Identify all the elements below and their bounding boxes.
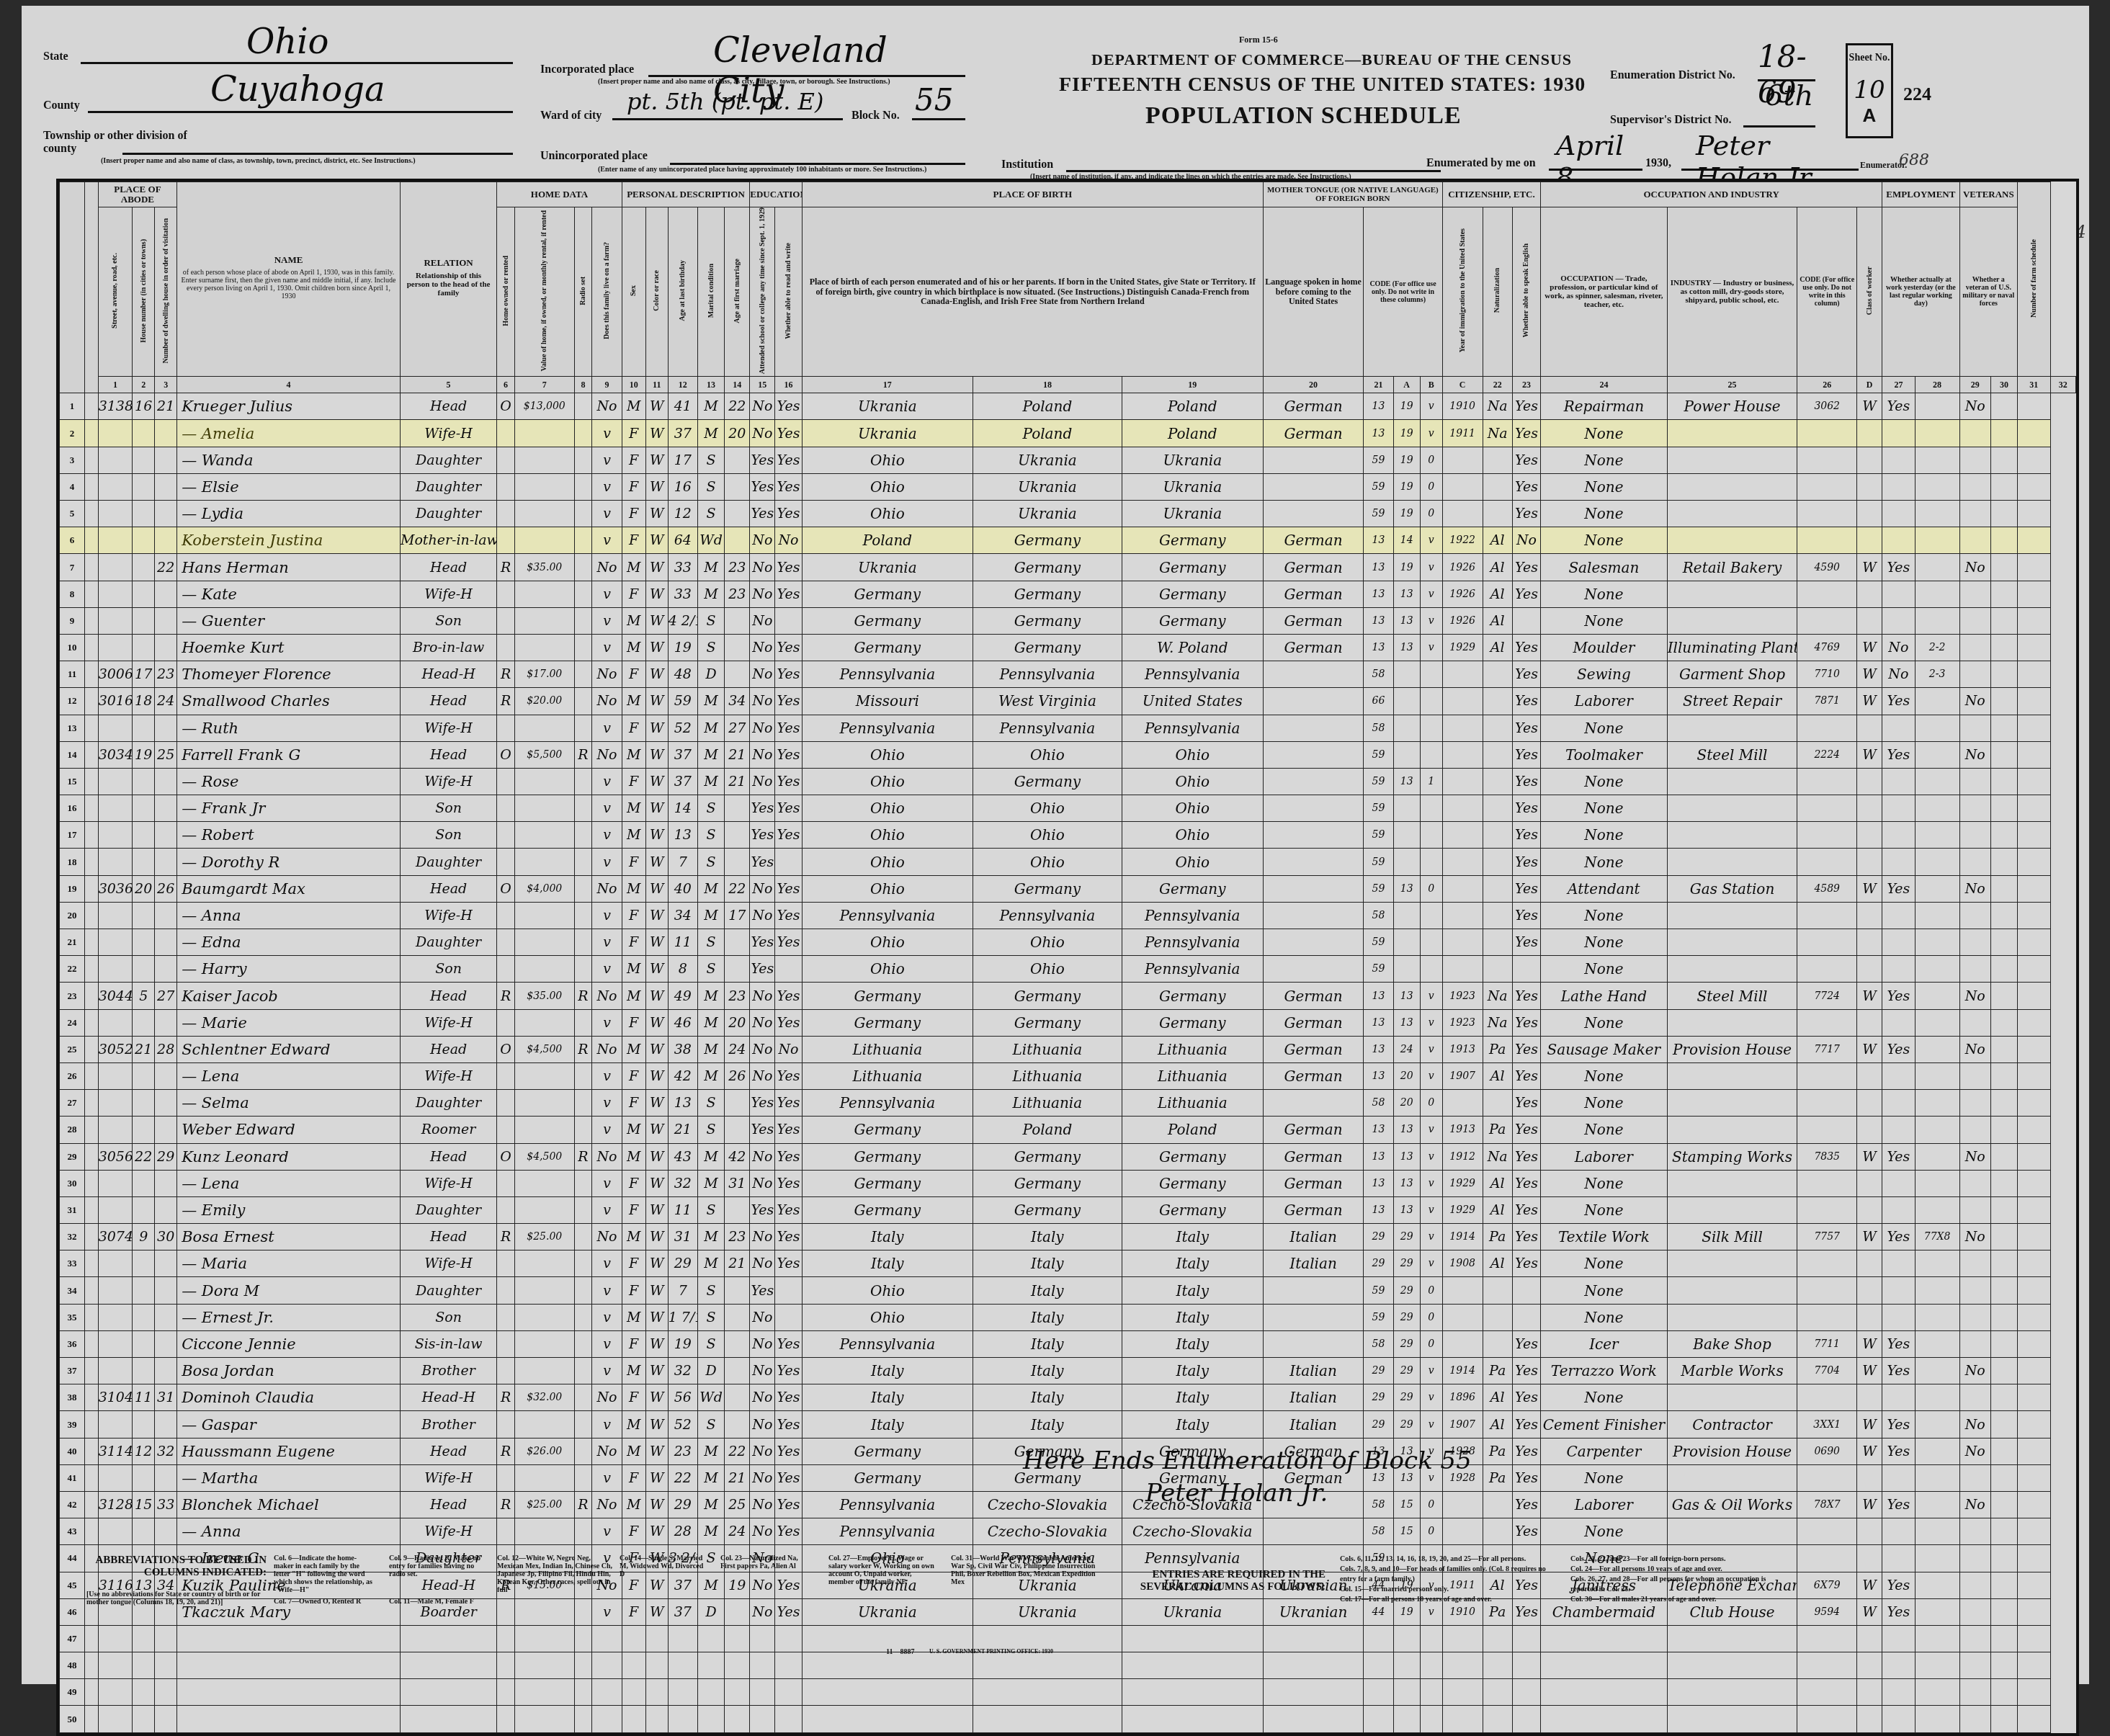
age-cell: 11 <box>668 929 697 956</box>
street-cell <box>85 1438 99 1464</box>
home-value-cell <box>514 473 574 500</box>
family-number-cell: 27 <box>155 983 177 1009</box>
at-work-cell: Yes <box>1882 1143 1915 1170</box>
birthplace-father-cell: Poland <box>973 420 1122 447</box>
age-first-marriage-cell <box>725 1277 750 1304</box>
house-number-cell <box>98 1170 133 1196</box>
sex-cell: F <box>622 1009 645 1036</box>
read-write-cell: Yes <box>775 1009 802 1036</box>
farm-cell: v <box>592 795 622 822</box>
sheet-label: Sheet No. <box>1848 53 1891 64</box>
street-cell <box>85 447 99 473</box>
dwelling-number-cell: 11 <box>133 1384 155 1411</box>
street-cell <box>85 1143 99 1170</box>
code-a-cell: 13 <box>1364 420 1393 447</box>
line-number: 40 <box>60 1438 85 1464</box>
war-cell <box>1990 1491 2017 1518</box>
column-number-A: A <box>1393 377 1420 393</box>
sex-cell: F <box>622 1062 645 1089</box>
owned-rented-cell <box>497 1117 515 1143</box>
veteran-cell <box>1959 527 1990 554</box>
radio-cell <box>574 447 592 473</box>
immigration-year-cell: 1929 <box>1442 1170 1483 1196</box>
sex-cell: F <box>622 447 645 473</box>
birthplace-father-cell: Germany <box>973 581 1122 607</box>
state-label: State <box>43 50 68 63</box>
home-value-cell <box>514 1411 574 1438</box>
abbrev-col12: Col. 12—White W, Negro Neg, Mexican Mex,… <box>497 1554 612 1594</box>
marital-cell: S <box>698 956 725 983</box>
mother-tongue-cell: German <box>1263 1009 1363 1036</box>
industry-cell <box>1667 447 1797 473</box>
farm-cell: No <box>592 554 622 581</box>
school-cell: No <box>750 983 775 1009</box>
enumeration-year: 1930, <box>1645 157 1671 170</box>
naturalization-cell: Al <box>1483 634 1512 661</box>
family-number-cell <box>155 1358 177 1384</box>
veteran-cell <box>1959 902 1990 929</box>
radio-cell: R <box>574 983 592 1009</box>
marital-cell: S <box>698 822 725 849</box>
occupation-cell: Carpenter <box>1541 1438 1668 1464</box>
at-work-cell <box>1882 715 1915 741</box>
house-number-cell: 3074 Rear <box>98 1224 133 1250</box>
sex-cell: M <box>622 795 645 822</box>
line-number: 31 <box>60 1196 85 1223</box>
house-number-cell: 3034 <box>98 741 133 768</box>
birthplace-mother-cell: Italy <box>1122 1304 1263 1330</box>
code-b-cell: 20 <box>1393 1090 1420 1117</box>
immigration-year-cell: 1907 <box>1442 1062 1483 1089</box>
sex-cell: M <box>622 875 645 902</box>
industry-cell <box>1667 1170 1797 1196</box>
mother-tongue-cell <box>1263 473 1363 500</box>
code-a-cell: 58 <box>1364 1491 1393 1518</box>
code-b-cell: 13 <box>1393 1143 1420 1170</box>
table-row: 3831041131Dominoh ClaudiaHead-HR$32.00No… <box>60 1384 2076 1411</box>
naturalization-cell: Al <box>1483 1250 1512 1277</box>
occupation-code-cell: 3062 <box>1797 393 1857 420</box>
unemployment-line-cell <box>1915 1250 1959 1277</box>
person-name-cell: — Ruth <box>177 715 401 741</box>
war-cell <box>1990 1090 2017 1117</box>
at-work-cell <box>1882 1384 1915 1411</box>
class-of-worker-cell <box>1857 822 1882 849</box>
farm-schedule-cell <box>2018 393 2050 420</box>
age-first-marriage-cell: 22 <box>725 1438 750 1464</box>
mother-tongue-cell: Italian <box>1263 1358 1363 1384</box>
read-write-label: Whether able to read and write <box>784 243 792 339</box>
owned-rented-cell <box>497 447 515 473</box>
column-number-1: 1 <box>98 377 133 393</box>
department-title: DEPARTMENT OF COMMERCE—BUREAU OF THE CEN… <box>1091 50 1572 69</box>
dwelling-number-cell <box>133 768 155 795</box>
relation-cell: Son <box>400 795 496 822</box>
house-number-cell <box>98 768 133 795</box>
war-cell <box>1990 1117 2017 1143</box>
marital-cell: S <box>698 1117 725 1143</box>
street-cell <box>85 956 99 983</box>
farm-cell: v <box>592 1250 622 1277</box>
county-value: Cuyahoga <box>210 69 385 109</box>
at-work-cell: No <box>1882 634 1915 661</box>
occupation-cell: Sewing <box>1541 661 1668 688</box>
farm-cell: v <box>592 447 622 473</box>
occupation-code-cell <box>1797 1170 1857 1196</box>
dwelling-number-cell <box>133 1358 155 1384</box>
sex-cell: F <box>622 1196 645 1223</box>
age-first-marriage-cell <box>725 1679 750 1698</box>
age-first-marriage-cell: 26 <box>725 1062 750 1089</box>
race-cell: W <box>645 1090 668 1117</box>
line-number: 10 <box>60 634 85 661</box>
family-number-cell <box>155 1196 177 1223</box>
code-c-cell <box>1420 688 1442 715</box>
school-cell: No <box>750 1009 775 1036</box>
occupation-code-cell <box>1797 956 1857 983</box>
class-of-worker-cell: W <box>1857 1358 1882 1384</box>
industry-cell: Steel Mill <box>1667 741 1797 768</box>
family-number-cell <box>155 929 177 956</box>
farm-cell: v <box>592 1358 622 1384</box>
occupation-code-cell: 4769 <box>1797 634 1857 661</box>
birthplace-person-cell: Germany <box>802 1143 973 1170</box>
veteran-cell <box>1959 1330 1990 1357</box>
birthplace-mother-cell: Ukrania <box>1122 501 1263 527</box>
code-c-cell <box>1420 956 1442 983</box>
race-cell: W <box>645 420 668 447</box>
code-a-cell: 58 <box>1364 1330 1393 1357</box>
street-cell <box>85 1009 99 1036</box>
mother-tongue-cell <box>1263 688 1363 715</box>
dwelling-number-cell: 21 <box>133 1036 155 1062</box>
speak-english-cell: Yes <box>1512 1117 1540 1143</box>
state-value: Ohio <box>246 22 329 62</box>
school-cell: Yes <box>750 501 775 527</box>
line-number: 27 <box>60 1090 85 1117</box>
race-cell: W <box>645 1009 668 1036</box>
school-cell: No <box>750 1036 775 1062</box>
dwelling-number-cell <box>133 581 155 607</box>
incorporated-label: Incorporated place <box>540 63 634 76</box>
house-number-cell <box>98 447 133 473</box>
column-number-29: 29 <box>1959 377 1990 393</box>
birthplace-mother-cell: Ohio <box>1122 795 1263 822</box>
immigration-year-cell <box>1442 1304 1483 1330</box>
code-a-cell: 59 <box>1364 741 1393 768</box>
header-read-write: Whether able to read and write <box>775 207 802 377</box>
birthplace-person-cell: Pennsylvania <box>802 715 973 741</box>
age-first-marriage-cell: 22 <box>725 875 750 902</box>
occupation-cell: None <box>1541 1196 1668 1223</box>
occupation-cell: Moulder <box>1541 634 1668 661</box>
unemployment-line-cell <box>1915 1062 1959 1089</box>
war-cell <box>1990 1464 2017 1491</box>
age-cell: 52 <box>668 715 697 741</box>
birthplace-father-cell: Germany <box>973 1009 1122 1036</box>
radio-cell <box>574 956 592 983</box>
occupation-cell: Attendant <box>1541 875 1668 902</box>
occupation-cell: Icer <box>1541 1330 1668 1357</box>
code-b-cell: 13 <box>1393 1009 1420 1036</box>
line-number: 8 <box>60 581 85 607</box>
birthplace-mother-cell: Germany <box>1122 607 1263 634</box>
abbrev-col27: Col. 27—Employer E, Wage or salary worke… <box>828 1554 936 1586</box>
immigration-year-cell <box>1442 849 1483 875</box>
street-cell <box>85 1117 99 1143</box>
sex-cell: M <box>622 1438 645 1464</box>
class-of-worker-cell <box>1857 715 1882 741</box>
school-cell: Yes <box>750 929 775 956</box>
naturalization-cell: Pa <box>1483 1117 1512 1143</box>
school-cell: Yes <box>750 447 775 473</box>
person-name-cell: — Lydia <box>177 501 401 527</box>
header-owned-rented: Home owned or rented <box>497 207 515 377</box>
table-row: 22— HarrySonvMW8SYesOhioOhioPennsylvania… <box>60 956 2076 983</box>
code-b-cell: 19 <box>1393 447 1420 473</box>
home-value-cell <box>514 607 574 634</box>
relation-cell: Head <box>400 741 496 768</box>
at-work-cell: No <box>1882 661 1915 688</box>
veteran-cell: No <box>1959 1143 1990 1170</box>
immigration-year-cell <box>1442 956 1483 983</box>
line-number: 18 <box>60 849 85 875</box>
school-cell: Yes <box>750 849 775 875</box>
sex-cell: M <box>622 1491 645 1518</box>
group-employment: EMPLOYMENT <box>1882 182 1959 207</box>
birthplace-father-cell: Italy <box>973 1304 1122 1330</box>
relation-cell: Roomer <box>400 1117 496 1143</box>
house-number-cell: 3138 <box>98 393 133 420</box>
person-name-cell: Hans Herman <box>177 554 401 581</box>
immigration-year-cell <box>1442 661 1483 688</box>
birthplace-father-cell: Germany <box>973 768 1122 795</box>
farm-schedule-cell <box>2018 1170 2050 1196</box>
street-cell <box>85 1411 99 1438</box>
age-cell: 46 <box>668 1009 697 1036</box>
age-first-marriage-cell <box>725 1384 750 1411</box>
birthplace-mother-cell: Lithuania <box>1122 1036 1263 1062</box>
incorporated-note: (Insert proper name and also name of cla… <box>598 78 890 86</box>
birthplace-father-cell: Germany <box>973 983 1122 1009</box>
farm-schedule-cell <box>2018 1358 2050 1384</box>
relation-cell: Wife-H <box>400 1170 496 1196</box>
age-first-marriage-cell: 23 <box>725 581 750 607</box>
marital-cell: S <box>698 1196 725 1223</box>
immigration-label: Year of immigration to the United States <box>1459 228 1467 353</box>
family-number-cell: 29 <box>155 1143 177 1170</box>
birthplace-mother-cell: Germany <box>1122 1143 1263 1170</box>
header-code-d: CODE (For office use only. Do not write … <box>1797 207 1857 377</box>
age-cell: 1 7/12 <box>668 1304 697 1330</box>
speak-english-cell <box>1512 607 1540 634</box>
immigration-year-cell: 1896 <box>1442 1384 1483 1411</box>
farm-schedule-cell <box>2018 983 2050 1009</box>
radio-cell <box>574 1224 592 1250</box>
person-name-cell: — Dorothy R <box>177 849 401 875</box>
war-cell <box>1990 688 2017 715</box>
sex-cell: F <box>622 527 645 554</box>
code-b-cell: 13 <box>1393 875 1420 902</box>
house-number-cell: 3016 <box>98 688 133 715</box>
age-cell: 56 <box>668 1384 697 1411</box>
at-work-cell <box>1882 902 1915 929</box>
code-a-cell: 58 <box>1364 902 1393 929</box>
at-work-cell <box>1882 1464 1915 1491</box>
read-write-cell: Yes <box>775 1438 802 1464</box>
industry-cell <box>1667 1250 1797 1277</box>
family-number-cell <box>155 795 177 822</box>
naturalization-cell <box>1483 849 1512 875</box>
war-cell <box>1990 1518 2017 1545</box>
immigration-year-cell <box>1442 929 1483 956</box>
unemployment-line-cell <box>1915 554 1959 581</box>
at-work-cell <box>1882 1090 1915 1117</box>
age-cell: 21 <box>668 1117 697 1143</box>
family-number-cell: 24 <box>155 688 177 715</box>
veteran-cell: No <box>1959 554 1990 581</box>
line-number: 13 <box>60 715 85 741</box>
radio-cell <box>574 688 592 715</box>
age-cell: 17 <box>668 447 697 473</box>
age-cell: 33 <box>668 554 697 581</box>
relation-cell: Daughter <box>400 849 496 875</box>
family-number-cell: 33 <box>155 1491 177 1518</box>
marital-cell: M <box>698 420 725 447</box>
family-number-cell: 31 <box>155 1384 177 1411</box>
occupation-code-cell <box>1797 1679 1857 1698</box>
marital-cell: M <box>698 1491 725 1518</box>
occupation-code-cell <box>1797 1277 1857 1304</box>
column-number-C: C <box>1442 377 1483 393</box>
occupation-code-cell: 7717 <box>1797 1036 1857 1062</box>
radio-cell <box>574 1679 592 1698</box>
immigration-year-cell: 1913 <box>1442 1036 1483 1062</box>
veteran-cell <box>1959 1250 1990 1277</box>
speak-english-cell: Yes <box>1512 1250 1540 1277</box>
code-c-cell: v <box>1420 1358 1442 1384</box>
owned-rented-cell <box>497 1358 515 1384</box>
relation-cell: Daughter <box>400 447 496 473</box>
table-row: 39— GasparBrothervMW52SNoYesItalyItalyIt… <box>60 1411 2076 1438</box>
code-c-cell <box>1420 902 1442 929</box>
line-number: 20 <box>60 902 85 929</box>
house-number-cell <box>98 1090 133 1117</box>
age-cell: 8 <box>668 956 697 983</box>
relation-cell: Head-H <box>400 1384 496 1411</box>
unemployment-line-cell <box>1915 447 1959 473</box>
sex-cell <box>622 1679 645 1698</box>
industry-cell: Contractor <box>1667 1411 1797 1438</box>
mother-tongue-cell: Italian <box>1263 1250 1363 1277</box>
school-cell: Yes <box>750 1090 775 1117</box>
industry-cell <box>1667 1277 1797 1304</box>
owned-rented-cell: R <box>497 661 515 688</box>
spacer-col-header <box>85 182 99 393</box>
code-a-cell: 13 <box>1364 634 1393 661</box>
code-c-cell: 1 <box>1420 768 1442 795</box>
owned-rented-cell: O <box>497 875 515 902</box>
industry-cell <box>1667 1117 1797 1143</box>
class-of-worker-cell <box>1857 473 1882 500</box>
immigration-year-cell: 1926 <box>1442 607 1483 634</box>
owned-rented-cell <box>497 581 515 607</box>
class-of-worker-cell <box>1857 768 1882 795</box>
radio-cell <box>574 1062 592 1089</box>
immigration-year-cell <box>1442 688 1483 715</box>
radio-cell <box>574 501 592 527</box>
occupation-code-cell <box>1797 849 1857 875</box>
farm-schedule-cell <box>2018 1062 2050 1089</box>
sex-cell: F <box>622 661 645 688</box>
school-cell: No <box>750 1062 775 1089</box>
birthplace-mother-cell: Ohio <box>1122 768 1263 795</box>
entries-1: Cols. 6, 11, 12, 13, 14, 16, 18, 19, 20,… <box>1340 1554 1556 1565</box>
immigration-year-cell: 1926 <box>1442 554 1483 581</box>
class-of-worker-cell: W <box>1857 1143 1882 1170</box>
line-number: 49 <box>60 1679 85 1698</box>
sex-cell: F <box>622 1330 645 1357</box>
occupation-cell: Cement Finisher <box>1541 1411 1668 1438</box>
home-value-cell <box>514 447 574 473</box>
school-cell: No <box>750 1250 775 1277</box>
street-cell <box>85 501 99 527</box>
sex-cell: M <box>622 741 645 768</box>
home-value-cell <box>514 634 574 661</box>
code-c-cell: v <box>1420 1143 1442 1170</box>
column-number-14: 14 <box>725 377 750 393</box>
family-number-cell <box>155 420 177 447</box>
naturalization-cell: Al <box>1483 1196 1512 1223</box>
age-first-marriage-cell: 42 <box>725 1143 750 1170</box>
person-name-cell: — Kate <box>177 581 401 607</box>
person-name-cell: Baumgardt Max <box>177 875 401 902</box>
owned-rented-cell: R <box>497 1224 515 1250</box>
farm-schedule-cell <box>2018 1304 2050 1330</box>
age-cell: 29 <box>668 1250 697 1277</box>
unemployment-line-cell <box>1915 875 1959 902</box>
at-work-cell <box>1882 1250 1915 1277</box>
house-number-cell <box>98 956 133 983</box>
dwelling-number-cell: 22 <box>133 1143 155 1170</box>
naturalization-cell: Na <box>1483 393 1512 420</box>
mother-tongue-cell: German <box>1263 607 1363 634</box>
industry-cell: Bake Shop <box>1667 1330 1797 1357</box>
header-farm-schedule: Number of farm schedule <box>2018 182 2050 377</box>
person-name-cell: Kaiser Jacob <box>177 983 401 1009</box>
veteran-cell: No <box>1959 393 1990 420</box>
age-first-marriage-cell <box>725 1330 750 1357</box>
column-number-12: 12 <box>668 377 697 393</box>
closing-note: Here Ends Enumeration of Block 55 <box>1023 1446 1472 1475</box>
birthplace-father-cell: Poland <box>973 393 1122 420</box>
read-write-cell: Yes <box>775 501 802 527</box>
occupation-cell: None <box>1541 849 1668 875</box>
veteran-cell: No <box>1959 688 1990 715</box>
veteran-cell: No <box>1959 875 1990 902</box>
at-work-cell <box>1882 956 1915 983</box>
dwelling-number-cell <box>133 1277 155 1304</box>
marital-cell: S <box>698 447 725 473</box>
house-number-cell <box>98 1277 133 1304</box>
street-cell <box>85 527 99 554</box>
at-work-cell: Yes <box>1882 1036 1915 1062</box>
table-row: 8— KateWife-HvFW33M23NoYesGermanyGermany… <box>60 581 2076 607</box>
farm-schedule-cell <box>2018 447 2050 473</box>
radio-cell <box>574 1518 592 1545</box>
war-cell <box>1990 956 2017 983</box>
birthplace-father-cell: Germany <box>973 1196 1122 1223</box>
